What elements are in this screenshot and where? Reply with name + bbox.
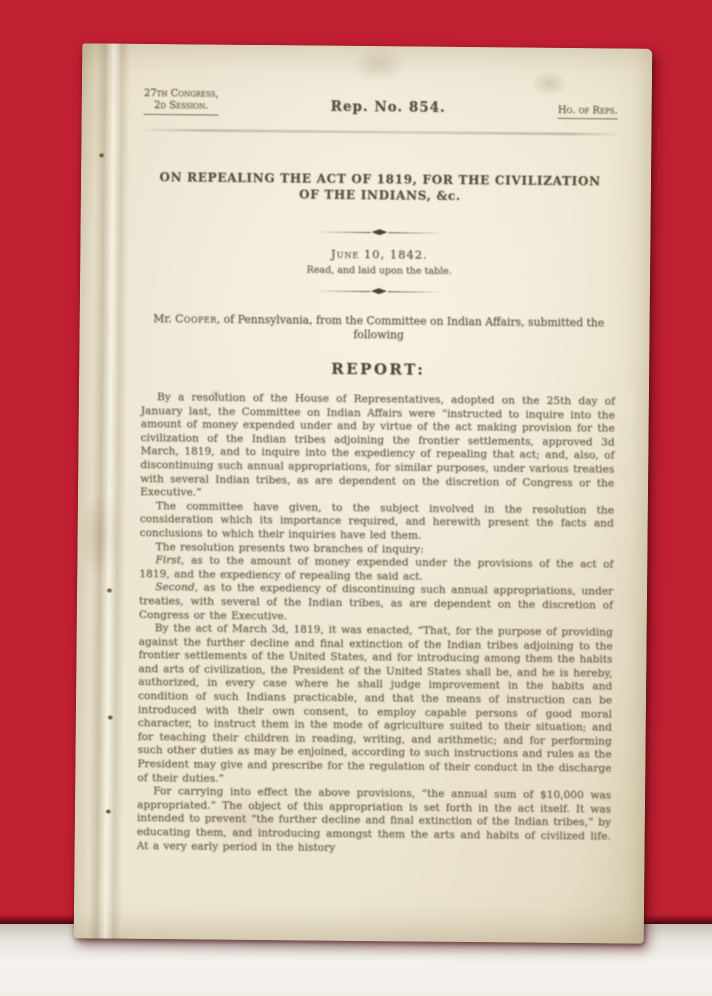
congress-line: 27th Congress, (144, 88, 219, 101)
report-heading: REPORT: (141, 358, 615, 381)
diamond-icon (371, 229, 387, 235)
masthead-congress: 27th Congress, 2d Session. (144, 88, 219, 116)
diamond-icon (371, 288, 387, 294)
report-paragraph: Second, as to the expediency of disconti… (139, 581, 613, 626)
ornament-bar (315, 231, 371, 233)
byline: Mr. Cooper, of Pennsylvania, from the Co… (141, 312, 615, 345)
photo-of-document: 27th Congress, 2d Session. Rep. No. 854.… (0, 0, 712, 996)
report-title: ON REPEALING THE ACT OF 1819, FOR THE CI… (143, 169, 617, 206)
ornament-bar (388, 291, 444, 293)
byline-rest: , of Pennsylvania, from the Committee on… (217, 313, 605, 342)
report-paragraph: For carrying into effect the above provi… (137, 785, 612, 858)
byline-name: Cooper (175, 312, 217, 325)
masthead-report-number: Rep. No. 854. (331, 99, 446, 118)
printed-content: 27th Congress, 2d Session. Rep. No. 854.… (74, 43, 653, 943)
byline-prefix: Mr. (153, 312, 175, 325)
report-body: By a resolution of the House of Represen… (137, 391, 615, 858)
report-paragraph: By the act of March 3d, 1819, it was ena… (137, 622, 613, 790)
pamphlet-page: 27th Congress, 2d Session. Rep. No. 854.… (74, 43, 653, 943)
ornament-bar (314, 290, 370, 292)
masthead-chamber: Ho. of Reps. (558, 105, 618, 120)
session-line: 2d Session. (144, 100, 219, 113)
masthead-rule (143, 129, 617, 136)
ornament-bar (389, 232, 445, 234)
date-line: June 10, 1842. (142, 245, 616, 264)
read-line: Read, and laid upon the table. (142, 263, 616, 279)
diamond-rule-ornament (142, 286, 616, 297)
masthead: 27th Congress, 2d Session. Rep. No. 854.… (144, 88, 618, 120)
diamond-rule-ornament (142, 227, 616, 238)
report-paragraph: By a resolution of the House of Represen… (140, 391, 615, 504)
report-paragraph: The committee have given, to the subject… (140, 500, 614, 545)
